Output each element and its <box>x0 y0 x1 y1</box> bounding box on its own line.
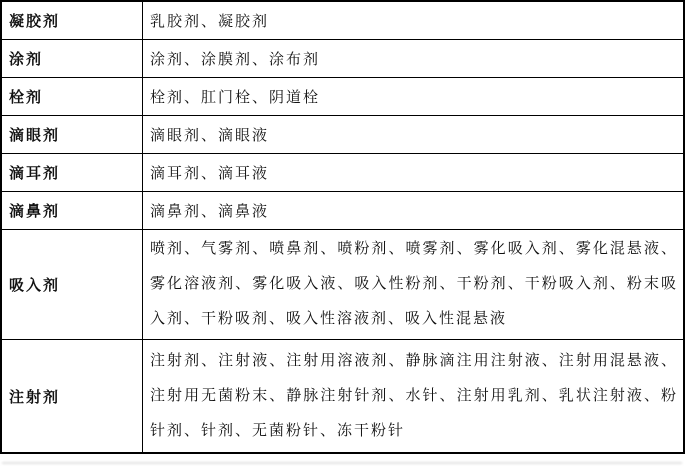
category-cell: 滴耳剂 <box>1 154 143 192</box>
category-cell: 滴眼剂 <box>1 116 143 154</box>
items-cell: 涂剂、涂膜剂、涂布剂 <box>143 40 685 78</box>
table-row: 吸入剂 喷剂、气雾剂、喷鼻剂、喷粉剂、喷雾剂、雾化吸入剂、雾化混悬液、雾化溶液剂… <box>1 230 684 340</box>
document-page: 凝胶剂 乳胶剂、凝胶剂 涂剂 涂剂、涂膜剂、涂布剂 栓剂 栓剂、肛门栓、阴道栓 … <box>0 0 686 468</box>
table-row: 滴鼻剂 滴鼻剂、滴鼻液 <box>1 192 684 230</box>
category-cell: 栓剂 <box>1 78 143 116</box>
table-row: 注射剂 注射剂、注射液、注射用溶液剂、静脉滴注用注射液、注射用混悬液、注射用无菌… <box>1 340 684 454</box>
items-cell: 滴耳剂、滴耳液 <box>143 154 685 192</box>
items-cell: 滴鼻剂、滴鼻液 <box>143 192 685 230</box>
items-cell: 滴眼剂、滴眼液 <box>143 116 685 154</box>
table-row: 涂剂 涂剂、涂膜剂、涂布剂 <box>1 40 684 78</box>
category-cell: 滴鼻剂 <box>1 192 143 230</box>
category-cell: 凝胶剂 <box>1 1 143 40</box>
items-cell: 喷剂、气雾剂、喷鼻剂、喷粉剂、喷雾剂、雾化吸入剂、雾化混悬液、雾化溶液剂、雾化吸… <box>143 230 685 340</box>
table-row: 滴耳剂 滴耳剂、滴耳液 <box>1 154 684 192</box>
category-cell: 注射剂 <box>1 340 143 454</box>
table-row: 凝胶剂 乳胶剂、凝胶剂 <box>1 1 684 40</box>
table-row: 滴眼剂 滴眼剂、滴眼液 <box>1 116 684 154</box>
category-cell: 涂剂 <box>1 40 143 78</box>
category-cell: 吸入剂 <box>1 230 143 340</box>
scan-artifact-line <box>2 462 682 464</box>
items-cell: 乳胶剂、凝胶剂 <box>143 1 685 40</box>
items-cell: 注射剂、注射液、注射用溶液剂、静脉滴注用注射液、注射用混悬液、注射用无菌粉末、静… <box>143 340 685 454</box>
table-row: 栓剂 栓剂、肛门栓、阴道栓 <box>1 78 684 116</box>
dosage-form-table: 凝胶剂 乳胶剂、凝胶剂 涂剂 涂剂、涂膜剂、涂布剂 栓剂 栓剂、肛门栓、阴道栓 … <box>0 0 685 454</box>
items-cell: 栓剂、肛门栓、阴道栓 <box>143 78 685 116</box>
